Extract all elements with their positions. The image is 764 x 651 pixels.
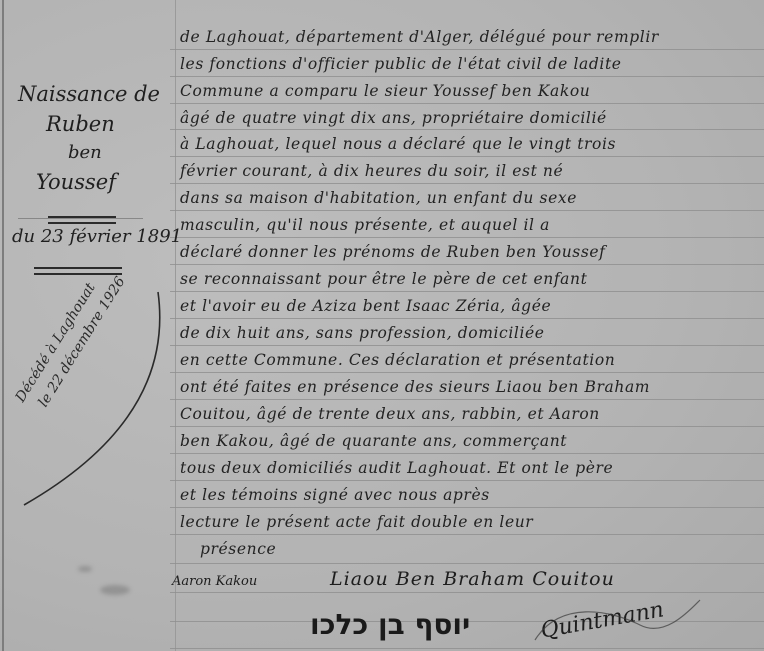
ruled-line <box>170 264 764 265</box>
signature-hebrew-father: יוסף בן כלכו <box>310 608 470 641</box>
body-line: de dix huit ans, sans profession, domici… <box>180 324 545 342</box>
body-line: ben Kakou, âgé de quarante ans, commerça… <box>180 432 567 450</box>
body-line: tous deux domiciliés audit Laghouat. Et … <box>180 459 613 477</box>
ruled-line <box>170 507 764 508</box>
ruled-line <box>170 563 764 564</box>
ruled-line <box>170 76 764 77</box>
page-edge <box>2 0 4 651</box>
ruled-line <box>170 129 764 130</box>
body-line: ont été faites en présence des sieurs Li… <box>180 378 650 396</box>
title-guide-rule <box>18 218 143 219</box>
body-line: Commune a comparu le sieur Youssef ben K… <box>180 82 590 100</box>
margin-title-line-2: Ruben <box>46 112 115 136</box>
body-line: et les témoins signé avec nous après <box>180 486 490 504</box>
signature-aaron-kakou: Aaron Kakou <box>172 574 257 589</box>
body-line: février courant, à dix heures du soir, i… <box>180 162 563 180</box>
ruled-line <box>170 156 764 157</box>
annotation-bracket-arc <box>0 0 200 520</box>
margin-rule <box>175 0 176 651</box>
margin-date: du 23 février 1891 <box>12 226 182 247</box>
body-line: en cette Commune. Ces déclaration et pré… <box>180 351 615 369</box>
body-line: et l'avoir eu de Aziza bent Isaac Zéria,… <box>180 297 551 315</box>
body-line: Couitou, âgé de trente deux ans, rabbin,… <box>180 405 600 423</box>
body-line: les fonctions d'officier public de l'éta… <box>180 55 622 73</box>
ruled-line <box>170 103 764 104</box>
ruled-line <box>170 210 764 211</box>
ruled-line <box>170 399 764 400</box>
ruled-line <box>170 291 764 292</box>
body-line: de Laghouat, département d'Alger, délégu… <box>180 28 659 46</box>
body-line: à Laghouat, lequel nous a déclaré que le… <box>180 135 616 153</box>
register-page: Naissance de Ruben ben Youssef du 23 fév… <box>0 0 764 651</box>
margin-title-line-1: Naissance de <box>18 82 160 106</box>
ruled-line <box>170 453 764 454</box>
ruled-line <box>170 318 764 319</box>
death-annotation: Décédé à Laghouat le 22 décembre 1926 <box>10 261 131 418</box>
ruled-line <box>170 49 764 50</box>
ruled-line <box>170 592 764 593</box>
ruled-line <box>170 648 764 649</box>
body-line: se reconnaissant pour être le père de ce… <box>180 270 587 288</box>
ink-smudge <box>78 566 92 572</box>
ruled-line <box>170 183 764 184</box>
body-line: lecture le présent acte fait double en l… <box>180 513 533 531</box>
body-line: âgé de quatre vingt dix ans, propriétair… <box>180 109 607 127</box>
body-line: présence <box>200 540 276 558</box>
body-line: dans sa maison d'habitation, un enfant d… <box>180 189 577 207</box>
margin-title-line-4: Youssef <box>36 170 116 194</box>
ruled-line <box>170 480 764 481</box>
signature-liaou-couitou: Liaou Ben Braham Couitou <box>330 568 615 590</box>
ink-smudge <box>100 585 130 595</box>
signature-officer: Quintmann <box>539 597 666 643</box>
body-line: masculin, qu'il nous présente, et auquel… <box>180 216 550 234</box>
margin-title-line-3: ben <box>68 142 102 163</box>
ruled-line <box>170 372 764 373</box>
ruled-line <box>170 534 764 535</box>
ruled-line <box>170 345 764 346</box>
ruled-line <box>170 237 764 238</box>
body-line: déclaré donner les prénoms de Ruben ben … <box>180 243 606 261</box>
ruled-line <box>170 426 764 427</box>
